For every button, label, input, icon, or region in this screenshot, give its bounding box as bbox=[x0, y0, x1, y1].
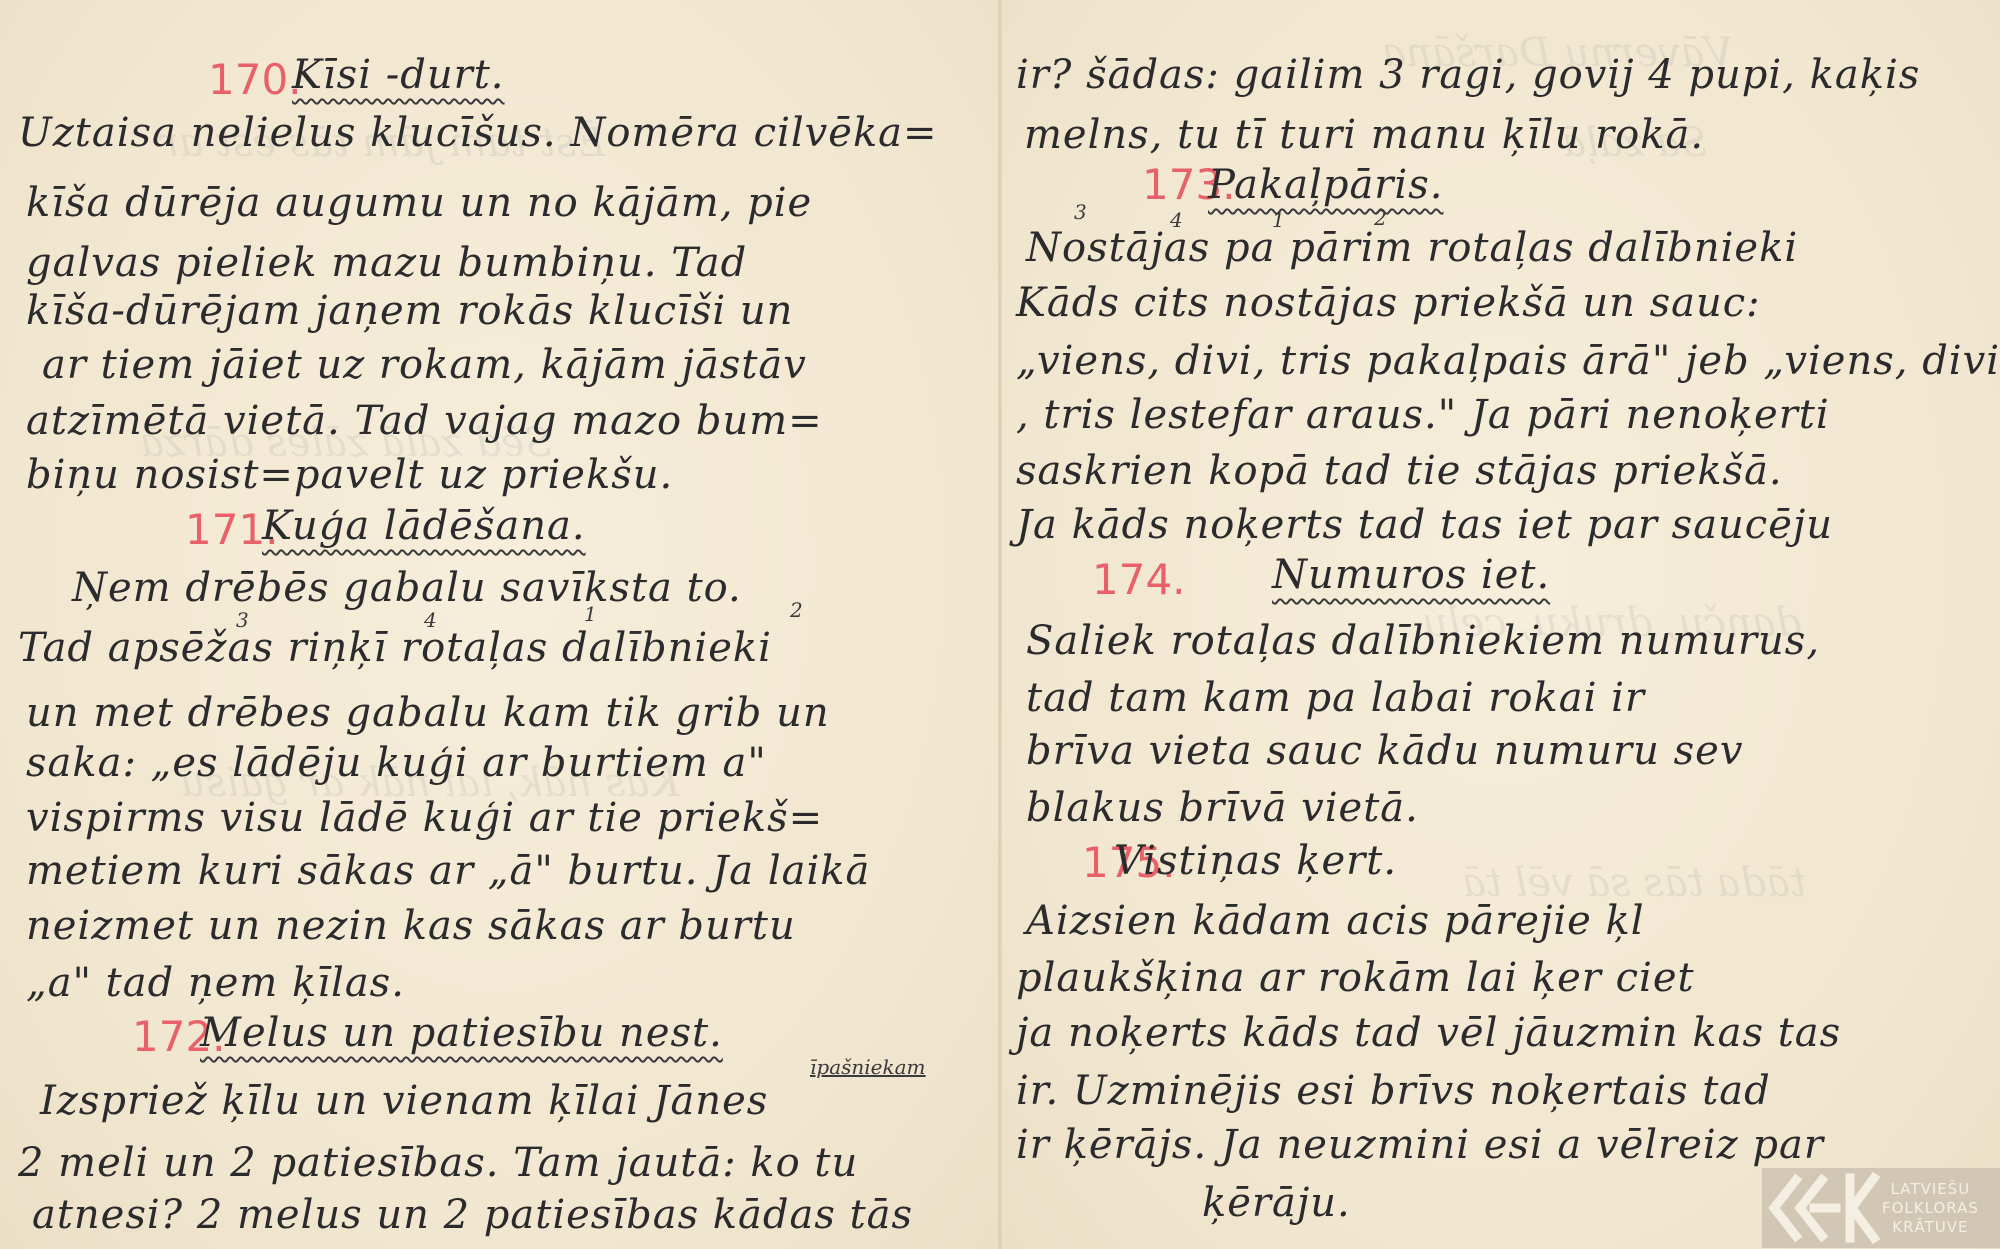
word-order-mark: 2 bbox=[790, 598, 803, 622]
text-line: brīva vieta sauc kādu numuru sev bbox=[1026, 728, 1743, 774]
text-line: kīša-dūrējam jaņem rokās klucīši un bbox=[26, 288, 793, 334]
text-line: Kāds cits nostājas priekšā un sauc: bbox=[1016, 280, 1761, 326]
entry-title: Pakaļpāris. bbox=[1208, 162, 1443, 208]
entry-title: Kīsi -durt. bbox=[292, 52, 505, 98]
text-line: Saliek rotaļas dalībniekiem numurus, bbox=[1026, 618, 1820, 664]
text-line: Tad apsēžas riņķī rotaļas dalībnieki bbox=[18, 625, 772, 671]
lfk-logo-icon bbox=[1762, 1168, 1882, 1248]
text-line: atzīmētā vietā. Tad vajag mazo bum= bbox=[26, 398, 823, 444]
text-line: Ja kāds noķerts tad tas iet par saucēju bbox=[1016, 502, 1833, 548]
text-line: atnesi? 2 melus un 2 patiesības kādas tā… bbox=[32, 1192, 913, 1238]
text-line: plaukšķina ar rokām lai ķer ciet bbox=[1016, 955, 1695, 1001]
text-line: un met drēbes gabalu kam tik grib un bbox=[26, 690, 830, 736]
archive-name-line: FOLKLORAS bbox=[1882, 1199, 1979, 1218]
entry-number: 170. bbox=[208, 55, 302, 104]
text-line: Izspriež ķīlu un vienam ķīlai Jānes bbox=[40, 1078, 768, 1124]
text-line: metiem kuri sākas ar „ā" burtu. Ja laikā bbox=[26, 848, 870, 894]
text-line: ja noķerts kāds tad vēl jāuzmin kas tas bbox=[1016, 1010, 1841, 1056]
text-line: „viens, divi, tris pakaļpais ārā" jeb „v… bbox=[1016, 338, 2000, 384]
text-line: , tris lestefar araus." Ja pāri nenoķert… bbox=[1016, 392, 1830, 438]
text-line: Nostājas pa pārim rotaļas dalībnieki bbox=[1026, 225, 1798, 271]
text-line: kīša dūrēja augumu un no kājām, pie bbox=[26, 180, 812, 226]
text-line: Ņem drēbēs gabalu savīksta to. bbox=[72, 565, 742, 611]
entry-title: Melus un patiesību nest. bbox=[200, 1010, 723, 1056]
text-line: ir? šādas: gailim 3 ragi, govij 4 pupi, … bbox=[1016, 52, 1920, 98]
text-line: neizmet un nezin kas sākas ar burtu bbox=[26, 903, 796, 949]
archive-name-line: LATVIEŠU bbox=[1882, 1180, 1979, 1199]
text-line: saskrien kopā tad tie stājas priekšā. bbox=[1016, 448, 1783, 494]
text-line: 2 meli un 2 patiesības. Tam jautā: ko tu bbox=[18, 1140, 858, 1186]
text-line: saka: „es lādēju kuģi ar burtiem a" bbox=[26, 740, 767, 786]
text-line: Aizsien kādam acis pārejie ķl bbox=[1026, 898, 1645, 944]
text-line: „a" tad ņem ķīlas. bbox=[26, 960, 405, 1006]
left-page: Ēst tam jām tās ēst ar Sēd zaļā zāles dā… bbox=[0, 0, 1000, 1249]
word-order-mark: 3 bbox=[1074, 200, 1087, 224]
right-page: Vāverņu Daršāna Sa zaļā danču, druku, ce… bbox=[1002, 0, 2000, 1249]
text-line: tad tam kam pa labai rokai ir bbox=[1026, 675, 1645, 721]
text-line: ir ķērājs. Ja neuzmini esi a vēlreiz par bbox=[1016, 1122, 1824, 1168]
entry-number: 174. bbox=[1092, 555, 1186, 604]
text-line: biņu nosist=pavelt uz priekšu. bbox=[26, 452, 673, 498]
text-line: blakus brīvā vietā. bbox=[1026, 785, 1419, 831]
text-line: galvas pieliek mazu bumbiņu. Tad bbox=[26, 240, 747, 286]
entry-title: Vistiņas ķert. bbox=[1114, 838, 1397, 884]
archive-watermark-logo: LATVIEŠU FOLKLORAS KRĀTUVE bbox=[1762, 1168, 2000, 1248]
archive-name: LATVIEŠU FOLKLORAS KRĀTUVE bbox=[1882, 1180, 1979, 1237]
text-line: Uztaisa nelielus klucīšus. Nomēra cilvēk… bbox=[18, 110, 938, 156]
text-line: vispirms visu lādē kuģi ar tie priekš= bbox=[26, 795, 823, 841]
text-line: ar tiem jāiet uz rokam, kājām jāstāv bbox=[42, 342, 807, 388]
text-line: melns, tu tī turi manu ķīlu rokā. bbox=[1024, 112, 1704, 158]
entry-title: Numuros iet. bbox=[1272, 552, 1550, 598]
text-line: ir. Uzminējis esi brīvs noķertais tad bbox=[1016, 1068, 1771, 1114]
archive-name-line: KRĀTUVE bbox=[1882, 1218, 1979, 1237]
insertion-note: īpašniekam bbox=[810, 1055, 926, 1079]
text-line: ķērāju. bbox=[1202, 1180, 1351, 1226]
entry-title: Kuģa lādēšana. bbox=[262, 503, 586, 549]
word-order-mark: 1 bbox=[584, 602, 597, 626]
